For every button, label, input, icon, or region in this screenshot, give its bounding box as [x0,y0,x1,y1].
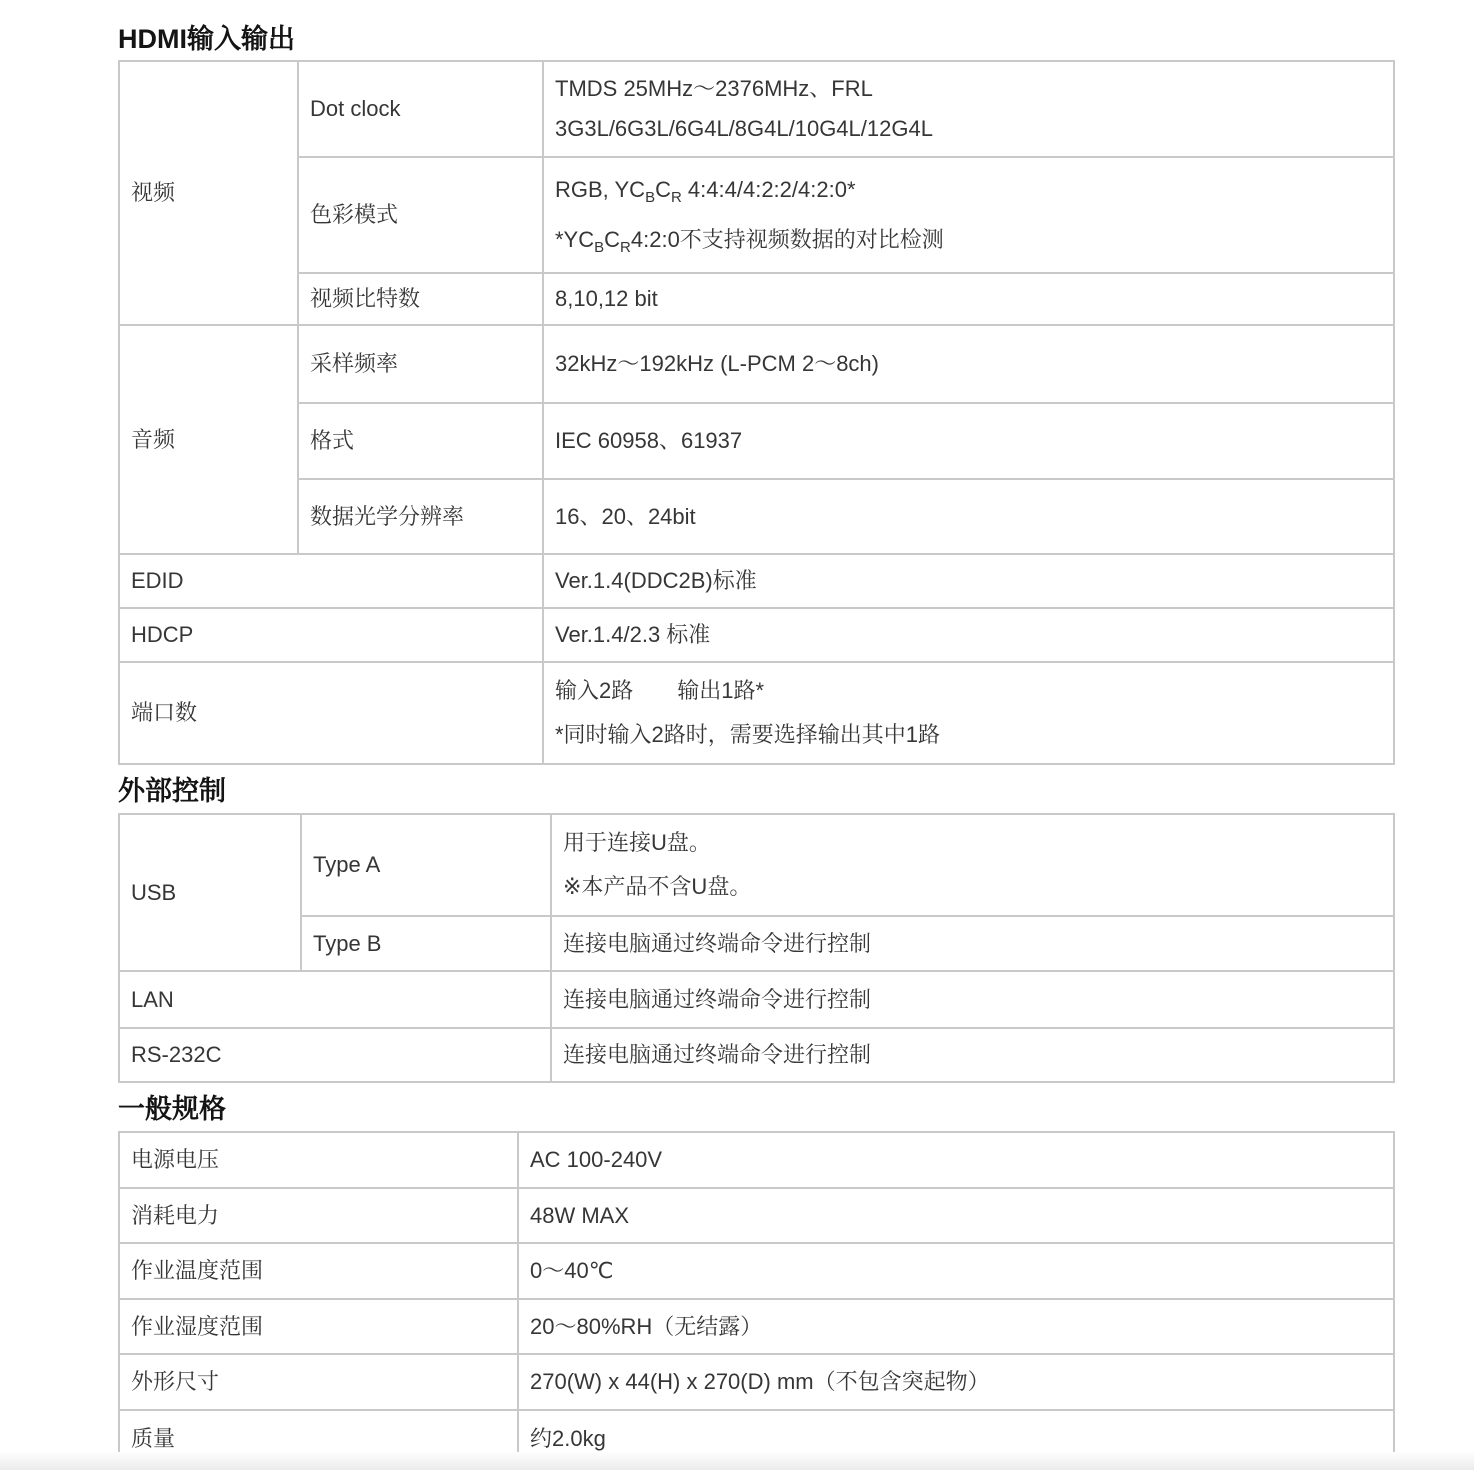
usb-type-a-line2: ※本产品不含U盘。 [563,865,1381,909]
section-title-external-control: 外部控制 [118,776,1474,806]
row-value-color-mode: RGB, YCBCR 4:4:4/4:2:2/4:2:0* *YCBCR4:2:… [543,157,1394,273]
row-value-audio-bits: 16、20、24bit [543,479,1394,554]
row-label-format: 格式 [298,403,543,479]
row-label-dimensions: 外形尺寸 [119,1354,518,1410]
page-bottom-divider [0,1452,1474,1470]
row-label-sampling: 采样频率 [298,325,543,403]
color-mode-text: 4:4:4/4:2:2/4:2:0* [682,177,856,202]
spec-page: HDMI输入输出 视频 Dot clock TMDS 25MHz～2376MHz… [0,0,1474,1468]
row-label-usb-type-a: Type A [301,814,551,916]
group-label-audio: 音频 [119,325,298,554]
row-label-lan: LAN [119,971,551,1028]
color-mode-line2: *YCBCR4:2:0不支持视频数据的对比检测 [555,215,1381,265]
row-value-dot-clock: TMDS 25MHz～2376MHz、FRL 3G3L/6G3L/6G4L/8G… [543,61,1394,157]
row-label-operating-humidity: 作业湿度范围 [119,1299,518,1354]
row-label-dot-clock: Dot clock [298,61,543,157]
general-spec-table: 电源电压 AC 100-240V 消耗电力 48W MAX 作业温度范围 0～4… [118,1131,1395,1468]
row-value-lan: 连接电脑通过终端命令进行控制 [551,971,1394,1028]
row-label-color-mode: 色彩模式 [298,157,543,273]
row-value-power-voltage: AC 100-240V [518,1132,1394,1188]
ports-line1: 输入2路 输出1路* [555,669,1381,713]
row-label-hdcp: HDCP [119,608,543,662]
color-mode-line1: RGB, YCBCR 4:4:4/4:2:2/4:2:0* [555,165,1381,215]
row-label-rs232c: RS-232C [119,1028,551,1082]
subscript-r: R [620,239,631,256]
dot-clock-line2: 3G3L/6G3L/6G4L/8G4L/10G4L/12G4L [555,109,1381,149]
color-mode-note-text: 4:2:0不支持视频数据的对比检测 [631,227,944,252]
row-label-operating-temperature: 作业温度范围 [119,1243,518,1299]
row-label-usb-type-b: Type B [301,916,551,971]
row-value-ports: 输入2路 输出1路* *同时输入2路时，需要选择输出其中1路 [543,662,1394,764]
dot-clock-line1: TMDS 25MHz～2376MHz、FRL [555,69,1381,109]
subscript-b: B [645,189,655,206]
row-label-video-bits: 视频比特数 [298,273,543,325]
usb-type-a-line1: 用于连接U盘。 [563,821,1381,865]
row-value-edid: Ver.1.4(DDC2B)标准 [543,554,1394,608]
row-value-rs232c: 连接电脑通过终端命令进行控制 [551,1028,1394,1082]
section-title-hdmi: HDMI输入输出 [118,24,1474,54]
row-value-operating-humidity: 20～80%RH（无结露） [518,1299,1394,1354]
row-label-power-voltage: 电源电压 [119,1132,518,1188]
color-mode-note-text: *YC [555,227,594,252]
row-value-hdcp: Ver.1.4/2.3 标准 [543,608,1394,662]
row-value-power-consumption: 48W MAX [518,1188,1394,1243]
row-value-video-bits: 8,10,12 bit [543,273,1394,325]
row-value-usb-type-a: 用于连接U盘。 ※本产品不含U盘。 [551,814,1394,916]
ports-line2: *同时输入2路时，需要选择输出其中1路 [555,713,1381,757]
hdmi-spec-table: 视频 Dot clock TMDS 25MHz～2376MHz、FRL 3G3L… [118,60,1395,765]
color-mode-text: C [655,177,671,202]
row-label-ports: 端口数 [119,662,543,764]
row-value-sampling: 32kHz～192kHz (L-PCM 2～8ch) [543,325,1394,403]
row-value-dimensions: 270(W) x 44(H) x 270(D) mm（不包含突起物） [518,1354,1394,1410]
group-label-usb: USB [119,814,301,971]
external-control-table: USB Type A 用于连接U盘。 ※本产品不含U盘。 Type B 连接电脑… [118,813,1395,1083]
row-label-power-consumption: 消耗电力 [119,1188,518,1243]
group-label-video: 视频 [119,61,298,325]
row-value-usb-type-b: 连接电脑通过终端命令进行控制 [551,916,1394,971]
row-value-operating-temperature: 0～40℃ [518,1243,1394,1299]
section-title-general-spec: 一般规格 [118,1094,1474,1124]
subscript-r: R [671,189,682,206]
color-mode-note-text: C [604,227,620,252]
row-label-audio-bits: 数据光学分辨率 [298,479,543,554]
subscript-b: B [594,239,604,256]
row-value-format: IEC 60958、61937 [543,403,1394,479]
row-label-edid: EDID [119,554,543,608]
color-mode-text: RGB, YC [555,177,645,202]
